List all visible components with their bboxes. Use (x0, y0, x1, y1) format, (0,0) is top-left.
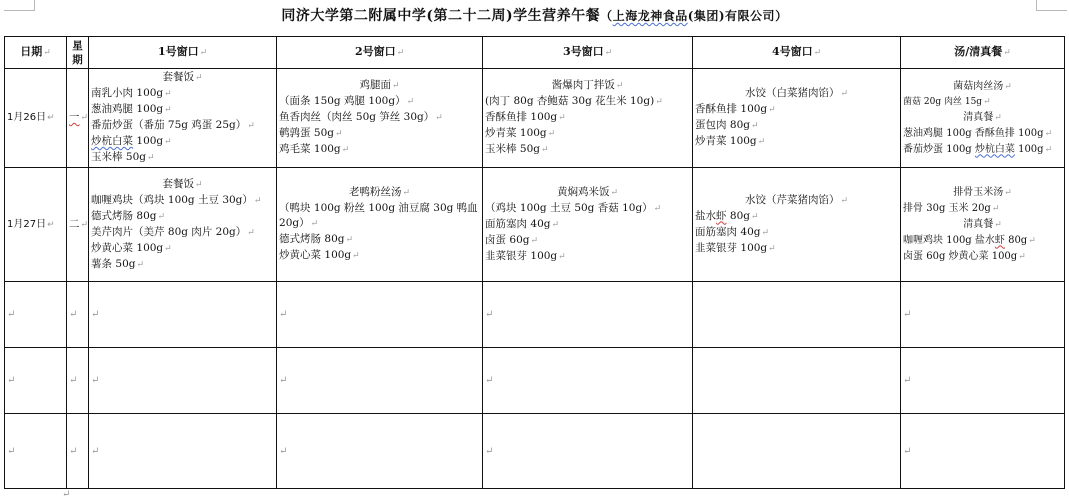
cell-soup-halal[interactable]: 排骨玉米汤↵ 排骨 30g 玉米 20g↵ 清真餐↵ 咖喱鸡块 100g 盐水虾… (901, 168, 1065, 282)
cell-weekday[interactable]: ↵ (67, 348, 89, 414)
cell-window-4[interactable] (693, 414, 901, 489)
cell-window-1[interactable]: 套餐饭↵ 南乳小肉 100g↵ 葱油鸡腿 100g↵ 番茄炒蛋（番茄 75g 鸡… (89, 69, 277, 168)
trailing-paragraph-mark: ↵ (62, 489, 70, 500)
cell-window-3[interactable]: 黄焖鸡米饭↵ （鸡块 100g 土豆 50g 香菇 10g）↵ 面筋塞肉 40g… (483, 168, 693, 282)
title-close-paren: ） (775, 9, 788, 23)
cell-window-2[interactable]: 鸡腿面↵ （面条 150g 鸡腿 100g）↵ 鱼香肉丝（肉丝 50g 笋丝 3… (277, 69, 483, 168)
header-soup-halal[interactable]: 汤/清真餐↵ (901, 37, 1065, 69)
cell-window-3[interactable]: 酱爆肉丁拌饭↵ (肉丁 80g 杏鲍菇 30g 花生米 10g)↵ 香酥鱼排 1… (483, 69, 693, 168)
cell-window-3[interactable]: ↵ (483, 282, 693, 348)
cell-window-4[interactable]: 水饺（芹菜猪肉馅）↵ 盐水虾 80g↵ 面筋塞肉 40g↵ 韭菜银芽 100g↵ (693, 168, 901, 282)
cell-soup-halal[interactable]: ↵ (901, 348, 1065, 414)
cell-date[interactable]: ↵ (5, 348, 67, 414)
header-window-2[interactable]: 2号窗口↵ (277, 37, 483, 69)
empty-row: ↵ ↵ ↵ ↵ ↵ ↵ (5, 414, 1065, 489)
empty-row: ↵ ↵ ↵ ↵ ↵ ↵ (5, 282, 1065, 348)
cell-date[interactable]: ↵ (5, 282, 67, 348)
title-open-paren: （ (600, 9, 613, 23)
cell-soup-halal[interactable]: 菌菇肉丝汤↵ 菌菇 20g 肉丝 15g↵ 清真餐↵ 葱油鸡腿 100g 香酥鱼… (901, 69, 1065, 168)
cell-window-1[interactable]: ↵ (89, 348, 277, 414)
cell-window-4[interactable] (693, 282, 901, 348)
title-company-rest: (集团)有限公司 (688, 9, 775, 23)
cell-weekday[interactable]: 一↵ (67, 69, 89, 168)
header-row: 日期↵ 星期 1号窗口↵ 2号窗口↵ 3号窗口↵ 4号窗口↵ 汤/清真餐↵ (5, 37, 1065, 69)
cell-window-2[interactable]: ↵ (277, 414, 483, 489)
cell-window-1[interactable]: ↵ (89, 414, 277, 489)
cell-weekday[interactable]: ↵ (67, 414, 89, 489)
header-window-3[interactable]: 3号窗口↵ (483, 37, 693, 69)
header-window-1[interactable]: 1号窗口↵ (89, 37, 277, 69)
document-title: 同济大学第二附属中学(第二十二周)学生营养午餐（上海龙神食品(集团)有限公司） (0, 5, 1069, 25)
cell-window-4[interactable] (693, 348, 901, 414)
cell-window-4[interactable]: 水饺（白菜猪肉馅）↵ 香酥鱼排 100g↵ 蛋包肉 80g↵ 炒青菜 100g↵ (693, 69, 901, 168)
cell-weekday[interactable]: ↵ (67, 282, 89, 348)
cell-window-2[interactable]: ↵ (277, 348, 483, 414)
header-weekday[interactable]: 星期 (67, 37, 89, 69)
menu-table: 日期↵ 星期 1号窗口↵ 2号窗口↵ 3号窗口↵ 4号窗口↵ 汤/清真餐↵ 1月… (4, 36, 1065, 489)
cell-weekday[interactable]: 二↵ (67, 168, 89, 282)
cell-window-1[interactable]: ↵ (89, 282, 277, 348)
cell-date[interactable]: 1月26日↵ (5, 69, 67, 168)
cell-window-2[interactable]: 老鸭粉丝汤↵ （鸭块 100g 粉丝 100g 油豆腐 30g 鸭血 20g）↵… (277, 168, 483, 282)
cell-window-3[interactable]: ↵ (483, 414, 693, 489)
title-company-underlined: 上海龙神食品 (613, 9, 688, 23)
table-row: 1月26日↵ 一↵ 套餐饭↵ 南乳小肉 100g↵ 葱油鸡腿 100g↵ 番茄炒… (5, 69, 1065, 168)
cell-date[interactable]: ↵ (5, 414, 67, 489)
empty-row: ↵ ↵ ↵ ↵ ↵ ↵ (5, 348, 1065, 414)
table-row: 1月27日↵ 二↵ 套餐饭↵ 咖喱鸡块（鸡块 100g 土豆 30g）↵ 德式烤… (5, 168, 1065, 282)
cell-window-1[interactable]: 套餐饭↵ 咖喱鸡块（鸡块 100g 土豆 30g）↵ 德式烤肠 80g↵ 美芹肉… (89, 168, 277, 282)
header-date[interactable]: 日期↵ (5, 37, 67, 69)
header-window-4[interactable]: 4号窗口↵ (693, 37, 901, 69)
cell-date[interactable]: 1月27日↵ (5, 168, 67, 282)
cell-soup-halal[interactable]: ↵ (901, 414, 1065, 489)
cell-window-3[interactable]: ↵ (483, 348, 693, 414)
cell-window-2[interactable]: ↵ (277, 282, 483, 348)
title-main: 同济大学第二附属中学(第二十二周)学生营养午餐 (281, 8, 600, 24)
cell-soup-halal[interactable]: ↵ (901, 282, 1065, 348)
